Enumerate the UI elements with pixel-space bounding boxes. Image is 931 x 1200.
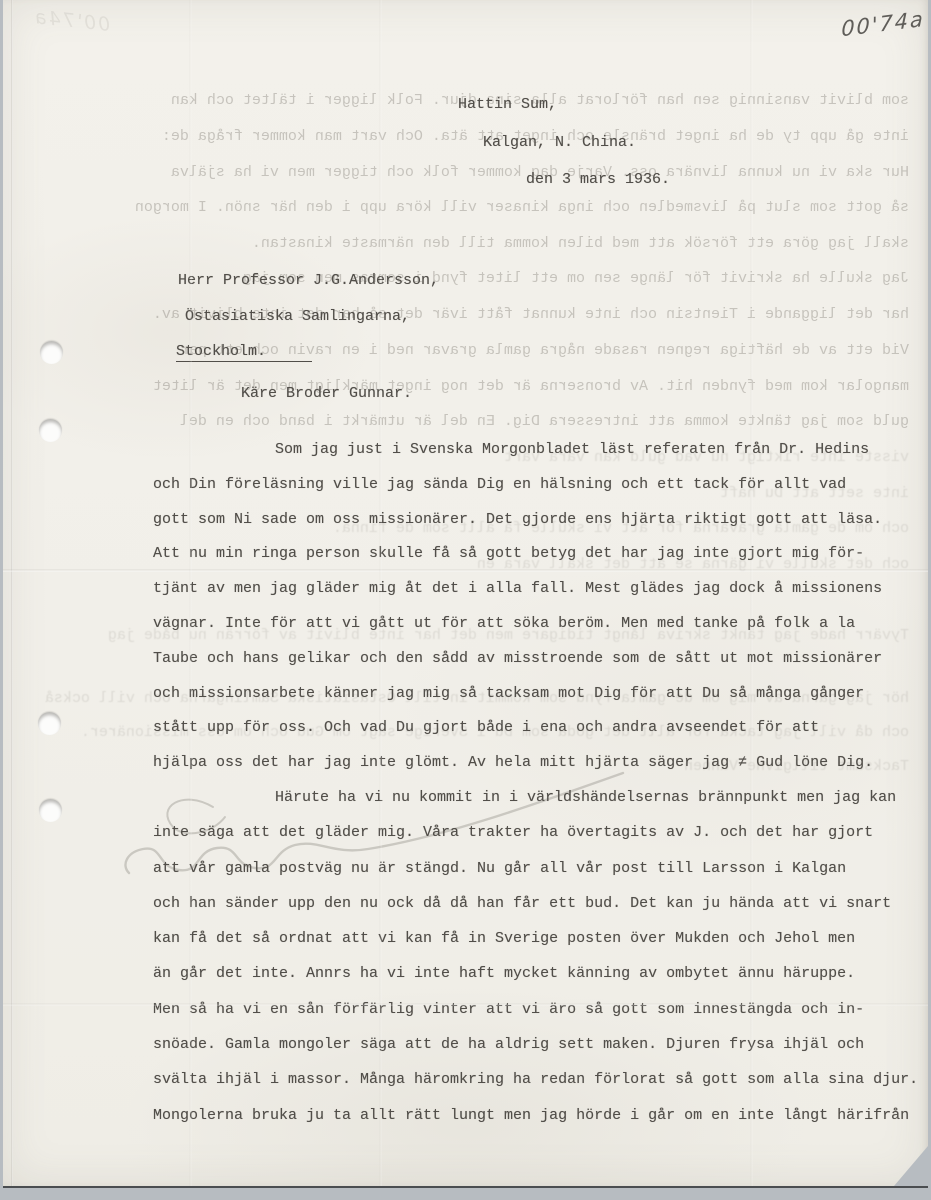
typed-line: hjälpa oss det har jag inte glömt. Av he…: [153, 746, 931, 781]
typed-line: Mongolerna bruka ju ta allt rätt lungt m…: [153, 1098, 931, 1133]
typed-line: snöade. Gamla mongoler säga att de ha al…: [153, 1027, 931, 1062]
typed-line: tjänt av men jag gläder mig åt det i all…: [153, 572, 931, 607]
paper-left-edge: [11, 0, 13, 1186]
recipient-name: Herr Professor J.G.Andersson,: [178, 272, 439, 289]
typed-line: gott som Ni sade om oss missionärer. Det…: [153, 503, 931, 538]
hole-punch: [40, 341, 63, 364]
typed-line: kan få det så ordnat att vi kan få in Sv…: [153, 921, 931, 956]
hole-punch: [39, 799, 62, 822]
bleedthrough-line: skall jag göra ett försök att med bilen …: [61, 235, 909, 252]
letter-paper: som blivit vansinnig sen han förlorat al…: [3, 0, 928, 1186]
bleedthrough-line: så gott som slut på livsmedlen och inga …: [61, 199, 909, 216]
archive-number-bleedthrough: 00'74a: [32, 6, 111, 36]
sender-place-line: Hattin Sum,: [458, 96, 557, 113]
hole-punch: [38, 712, 61, 735]
recipient-city: Stockholm.: [176, 343, 312, 360]
typed-line: och Din föreläsning ville jag sända Dig …: [153, 468, 931, 503]
typed-line: vägnar. Inte för att vi gått ut för att …: [153, 607, 931, 642]
typed-line: svälta ihjäl i massor. Många häromkring …: [153, 1062, 931, 1097]
typed-line: Som jag just i Svenska Morgonbladet läst…: [153, 433, 931, 468]
typed-line: stått upp för oss. Och vad Du gjort både…: [153, 711, 931, 746]
torn-corner: [894, 1146, 928, 1186]
typed-line: och missionsarbete känner jag mig så tac…: [153, 677, 931, 712]
archive-number: 00'74a: [841, 7, 925, 41]
body-paragraph-1: Som jag just i Svenska Morgonbladet läst…: [153, 433, 931, 781]
hole-punch: [39, 419, 62, 442]
body-paragraph-2: Härute ha vi nu kommit in i världshändel…: [153, 780, 931, 1133]
bleedthrough-line: mangolar kom med fynden hit. Av bronsern…: [61, 378, 909, 395]
typed-line: att vår gamla postväg nu är stängd. Nu g…: [153, 851, 931, 886]
typed-line: än går det inte. Annrs ha vi inte haft m…: [153, 956, 931, 991]
recipient-city-text: Stockholm.: [176, 343, 312, 362]
sender-city-line: Kalgan, N. China.: [483, 134, 636, 151]
typed-line: Att nu min ringa person skulle få så got…: [153, 537, 931, 572]
bleedthrough-line: Hur ska vi nu kunna livnära oss. Varje d…: [61, 164, 909, 181]
typed-line: och han sänder upp den nu ock då då han …: [153, 886, 931, 921]
typed-line: Men så ha vi en sån förfärlig vinter att…: [153, 992, 931, 1027]
letter-date: den 3 mars 1936.: [526, 171, 670, 188]
typed-line: Härute ha vi nu kommit in i världshändel…: [153, 780, 931, 815]
typed-line: Taube och hans gelikar och den sådd av m…: [153, 642, 931, 677]
scanned-letter-screenshot: { "archive": { "corner_number": "00'74a"…: [0, 0, 931, 1200]
recipient-organization: Östasiatiska Samlingarna,: [185, 308, 410, 325]
salutation: Käre Broder Gunnar.: [241, 385, 412, 402]
bleedthrough-line: guld som jag tänkte komma att intressera…: [61, 413, 909, 430]
typed-line: inte säga att det gläder mig. Våra trakt…: [153, 815, 931, 850]
